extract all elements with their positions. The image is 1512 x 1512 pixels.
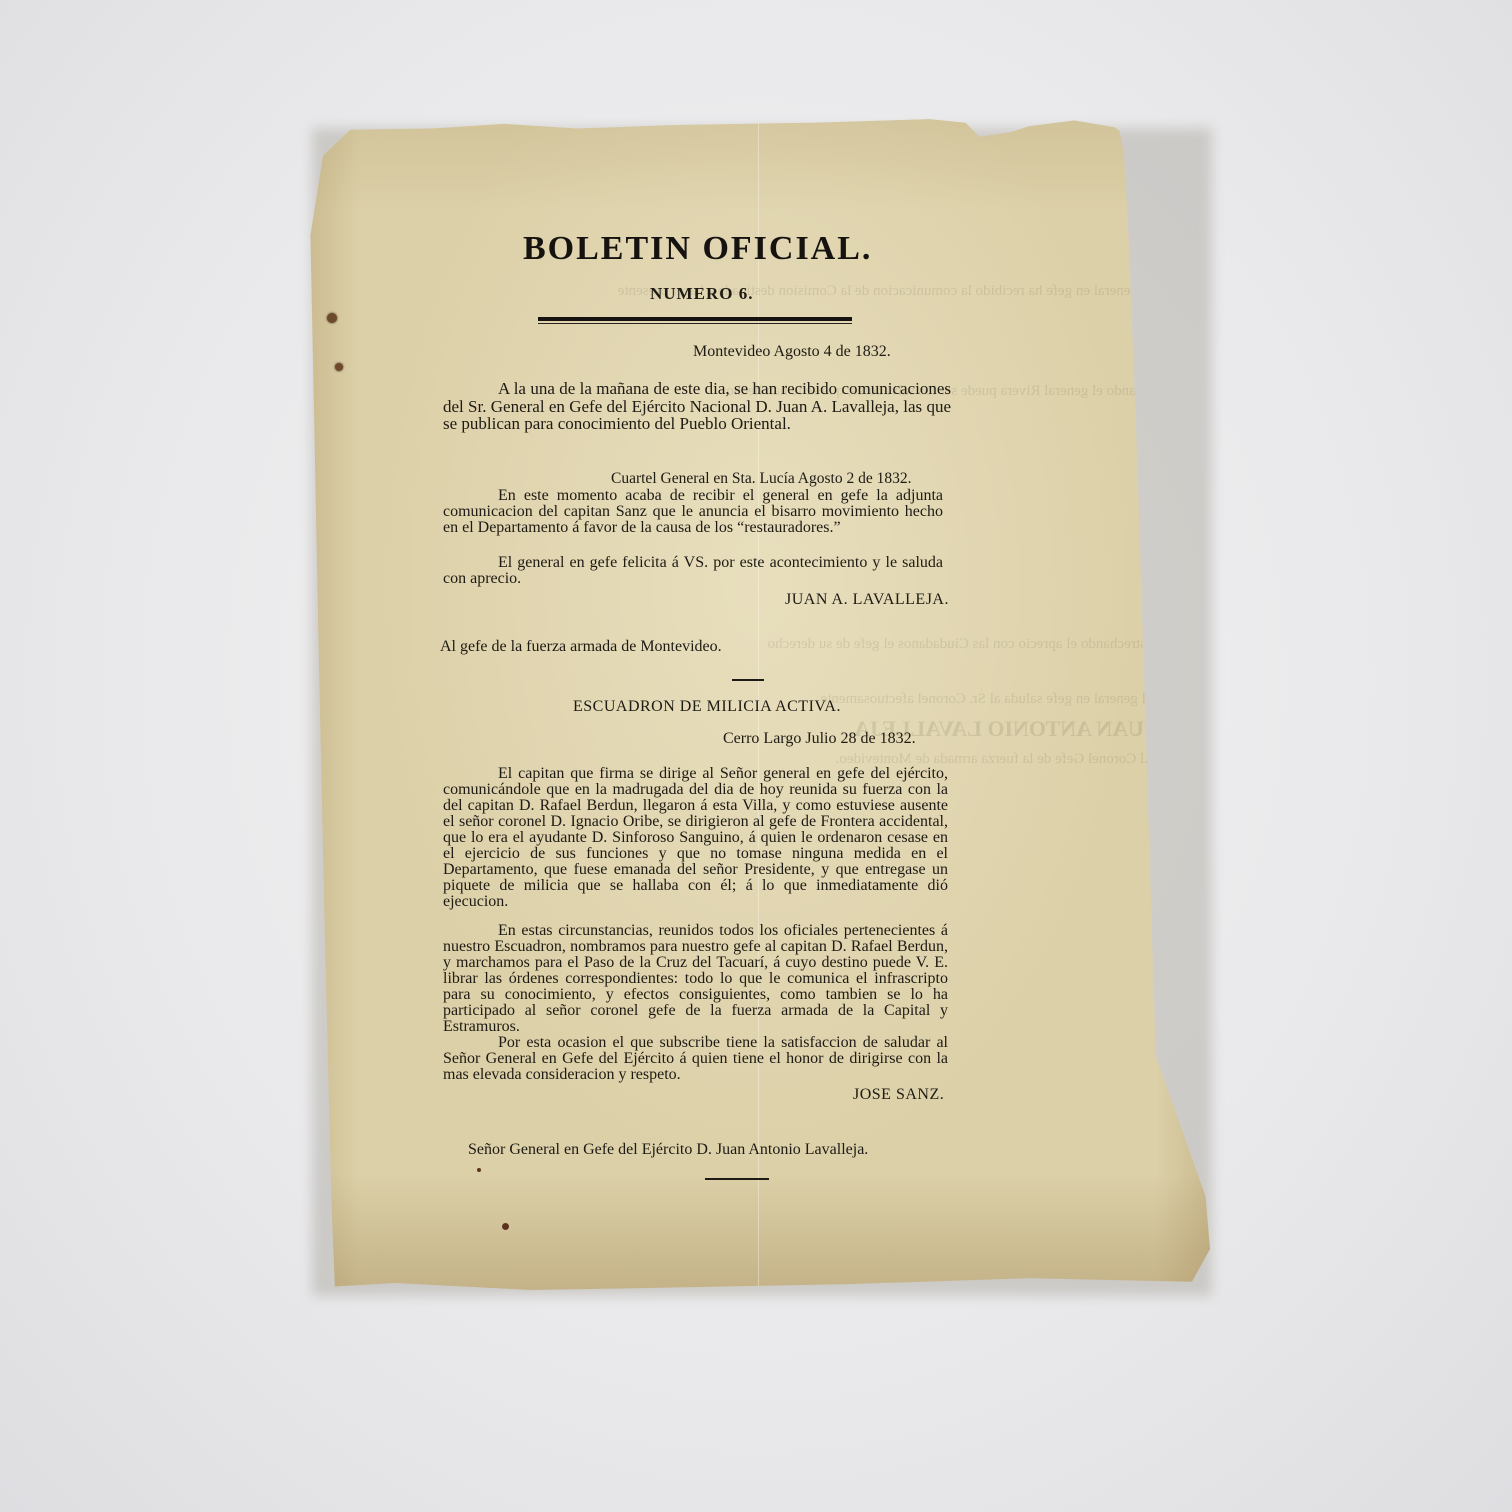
letter1-addressee: Al gefe de la fuerza armada de Montevide… xyxy=(440,638,722,656)
letter1-signature: JUAN A. LAVALLEJA. xyxy=(785,591,949,609)
letter2-paragraph: Por esta ocasion el que subscribe tiene … xyxy=(443,1035,948,1083)
letter1-dateline: Cuartel General en Sta. Lucía Agosto 2 d… xyxy=(611,470,911,488)
letter1-paragraph: El general en gefe felicita á VS. por es… xyxy=(443,555,943,587)
issue-number: NUMERO 6. xyxy=(650,284,753,304)
newspaper-sheet: El general en gefe ha recibido la comuni… xyxy=(305,118,1210,1290)
letter2-paragraph: El capitan que firma se dirige al Señor … xyxy=(443,766,948,910)
bulletin-content: BOLETIN OFICIAL. NUMERO 6. Montevideo Ag… xyxy=(305,118,1210,1290)
title-rule-thin xyxy=(538,323,852,324)
main-dateline: Montevideo Agosto 4 de 1832. xyxy=(693,343,891,361)
closing-divider xyxy=(705,1178,769,1180)
title-rule xyxy=(538,317,852,321)
letter2-paragraph: En estas circunstancias, reunidos todos … xyxy=(443,923,948,1035)
letter2-addressee: Señor General en Gefe del Ejército D. Ju… xyxy=(468,1141,868,1159)
intro-paragraph: A la una de la mañana de este dia, se ha… xyxy=(443,380,951,433)
letter2-signature: JOSE SANZ. xyxy=(853,1086,944,1104)
bulletin-title: BOLETIN OFICIAL. xyxy=(523,230,872,268)
section-heading: ESCUADRON DE MILICIA ACTIVA. xyxy=(573,698,841,716)
letter1-paragraph: En este momento acaba de recibir el gene… xyxy=(443,488,943,536)
section-divider xyxy=(732,679,764,681)
letter2-dateline: Cerro Largo Julio 28 de 1832. xyxy=(723,730,916,748)
